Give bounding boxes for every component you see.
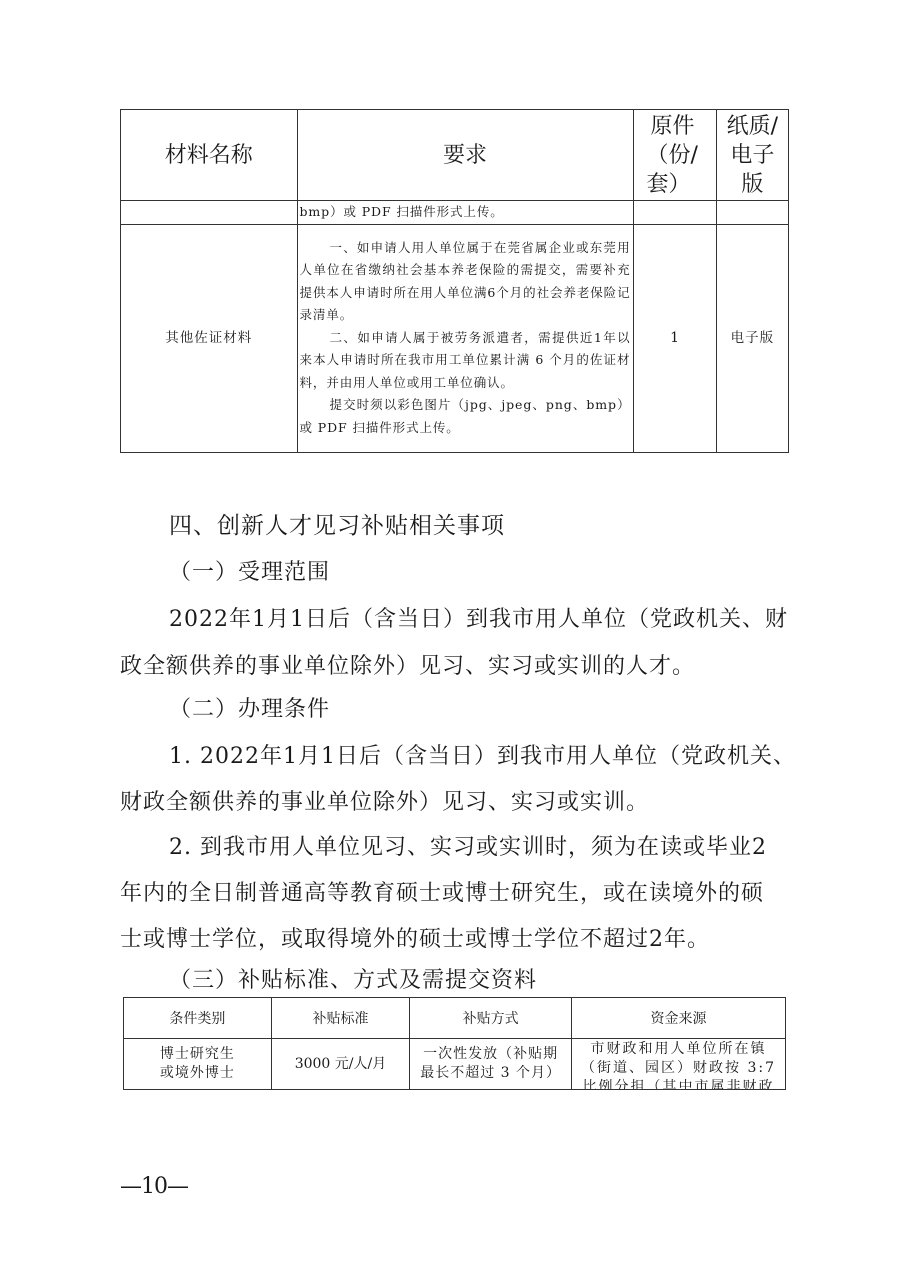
cell-condition-category: 博士研究生 或境外博士: [124, 1039, 272, 1090]
cell-format: 电子版: [716, 224, 788, 452]
header-material-name: 材料名称: [121, 110, 298, 201]
paragraph-line: 政全额供养的事业单位除外）见习、实习或实训的人才。: [120, 652, 695, 682]
header-condition-category: 条件类别: [124, 998, 272, 1039]
header-paper-electronic: 纸质/ 电子 版: [716, 110, 788, 201]
page-number: —10—: [120, 1174, 188, 1199]
subsection-heading: （二）办理条件: [169, 695, 330, 725]
paragraph-line: 1. 2022年1月1日后（含当日）到我市用人单位（党政机关、: [169, 742, 796, 772]
cell-format: [716, 201, 788, 225]
table-row: bmp）或 PDF 扫描件形式上传。: [121, 201, 789, 225]
cell-material-name: [121, 201, 298, 225]
paragraph-line: 2022年1月1日后（含当日）到我市用人单位（党政机关、财: [169, 605, 788, 635]
paragraph-line: 年内的全日制普通高等教育硕士或博士研究生，或在读境外的硕: [120, 879, 764, 909]
subsection-heading: （三）补贴标准、方式及需提交资料: [169, 966, 537, 996]
subsidy-table: 条件类别 补贴标准 补贴方式 资金来源 博士研究生 或境外博士 3000 元/人…: [123, 997, 786, 1090]
materials-table-header: 材料名称 要求 原件 （份/ 套） 纸质/ 电子 版: [121, 110, 789, 201]
header-funding-source: 资金来源: [572, 998, 786, 1039]
cell-requirement: bmp）或 PDF 扫描件形式上传。: [297, 201, 633, 225]
cell-original-count: 1: [633, 224, 716, 452]
cell-material-name: 其他佐证材料: [121, 224, 298, 452]
cell-original-count: [633, 201, 716, 225]
cell-subsidy-method: 一次性发放（补贴期 最长不超过 3 个月）: [410, 1039, 572, 1090]
header-original-count: 原件 （份/ 套）: [633, 110, 716, 201]
table-row: 博士研究生 或境外博士 3000 元/人/月 一次性发放（补贴期 最长不超过 3…: [124, 1039, 786, 1090]
header-requirement: 要求: [297, 110, 633, 201]
subsidy-table-header: 条件类别 补贴标准 补贴方式 资金来源: [124, 998, 786, 1039]
header-subsidy-method: 补贴方式: [410, 998, 572, 1039]
paragraph-line: 士或博士学位，或取得境外的硕士或博士学位不超过2年。: [120, 925, 710, 955]
cell-funding-source: 市财政和用人单位所在镇 （街道、园区）财政按 3:7 比例分担（其中市属非财政: [572, 1039, 786, 1090]
table-row: 其他佐证材料 一、如申请人用人单位属于在莞省属企业或东莞用人单位在省缴纳社会基本…: [121, 224, 789, 452]
header-subsidy-standard: 补贴标准: [271, 998, 410, 1039]
cell-requirement: 一、如申请人用人单位属于在莞省属企业或东莞用人单位在省缴纳社会基本养老保险的需提…: [297, 224, 633, 452]
paragraph-line: 财政全额供养的事业单位除外）见习、实习或实训。: [120, 788, 649, 818]
materials-table: 材料名称 要求 原件 （份/ 套） 纸质/ 电子 版 bmp）或 PDF 扫描件…: [120, 109, 789, 453]
subsection-heading: （一）受理范围: [169, 558, 330, 588]
section-heading: 四、创新人才见习补贴相关事项: [169, 511, 505, 541]
cell-subsidy-standard: 3000 元/人/月: [271, 1039, 410, 1090]
paragraph-line: 2. 到我市用人单位见习、实习或实训时，须为在读或毕业2: [169, 833, 767, 863]
